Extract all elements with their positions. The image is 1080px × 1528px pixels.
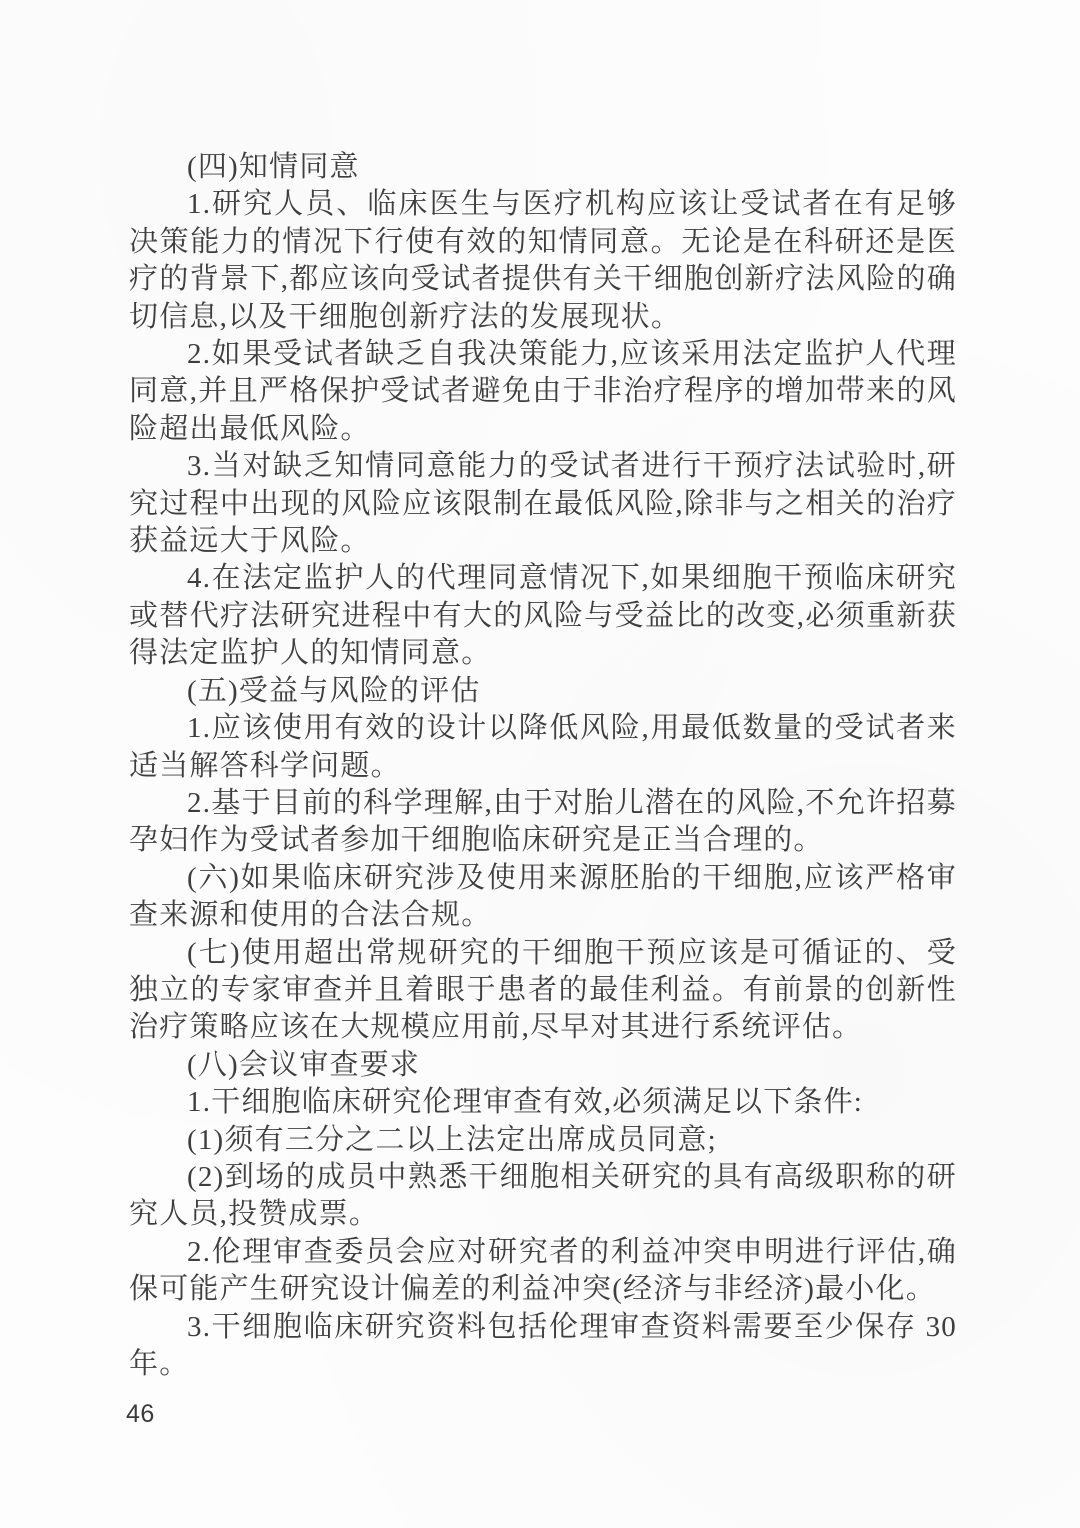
paragraph: (七)使用超出常规研究的干细胞干预应该是可循证的、受独立的专家审查并且着眼于患者… bbox=[129, 935, 957, 1047]
paragraph: 2.基于目前的科学理解,由于对胎儿潜在的风险,不允许招募孕妇作为受试者参加干细胞… bbox=[129, 785, 957, 860]
paragraph: (六)如果临床研究涉及使用来源胚胎的干细胞,应该严格审查来源和使用的合法合规。 bbox=[129, 860, 957, 935]
paragraph: 3.当对缺乏知情同意能力的受试者进行干预疗法试验时,研究过程中出现的风险应该限制… bbox=[129, 448, 957, 560]
paragraph: 3.干细胞临床研究资料包括伦理审查资料需要至少保存 30 年。 bbox=[129, 1309, 957, 1384]
page-number: 46 bbox=[126, 1400, 155, 1429]
document-body: (四)知情同意 1.研究人员、临床医生与医疗机构应该让受试者在有足够决策能力的情… bbox=[129, 149, 957, 1383]
paragraph: 2.如果受试者缺乏自我决策能力,应该采用法定监护人代理同意,并且严格保护受试者避… bbox=[129, 336, 957, 448]
paragraph: 1.干细胞临床研究伦理审查有效,必须满足以下条件: bbox=[129, 1084, 957, 1121]
list-item: (2)到场的成员中熟悉干细胞相关研究的具有高级职称的研究人员,投赞成票。 bbox=[129, 1159, 957, 1234]
document-page: (四)知情同意 1.研究人员、临床医生与医疗机构应该让受试者在有足够决策能力的情… bbox=[0, 0, 1080, 1528]
paragraph: 1.研究人员、临床医生与医疗机构应该让受试者在有足够决策能力的情况下行使有效的知… bbox=[129, 186, 957, 336]
paragraph: 1.应该使用有效的设计以降低风险,用最低数量的受试者来适当解答科学问题。 bbox=[129, 710, 957, 785]
section-heading: (五)受益与风险的评估 bbox=[129, 673, 957, 710]
section-heading: (四)知情同意 bbox=[129, 149, 957, 186]
section-heading: (八)会议审查要求 bbox=[129, 1047, 957, 1084]
paragraph: 4.在法定监护人的代理同意情况下,如果细胞干预临床研究或替代疗法研究进程中有大的… bbox=[129, 560, 957, 672]
list-item: (1)须有三分之二以上法定出席成员同意; bbox=[129, 1122, 957, 1159]
paragraph: 2.伦理审查委员会应对研究者的利益冲突申明进行评估,确保可能产生研究设计偏差的利… bbox=[129, 1234, 957, 1309]
